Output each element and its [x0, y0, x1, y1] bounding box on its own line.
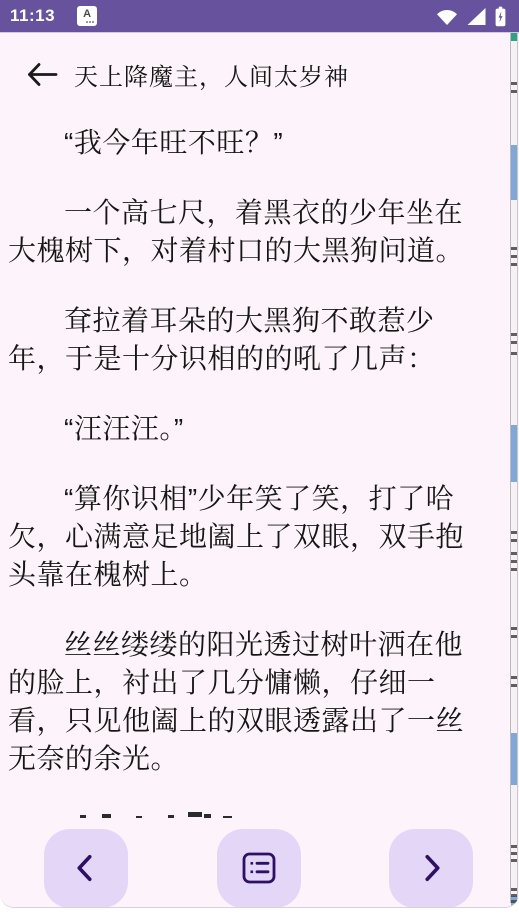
status-bar: 11:13 A — [0, 0, 519, 32]
paragraph: 丝丝缕缕的阳光透过树叶洒在他的脸上，衬出了几分慵懒，仔细一看，只见他阖上的双眼透… — [8, 626, 491, 778]
scrollbar-tick — [511, 531, 517, 534]
paragraph: “汪汪汪。” — [8, 410, 491, 448]
previous-chapter-button[interactable] — [44, 829, 128, 908]
paragraph: “我今年旺不旺？” — [8, 124, 491, 162]
chevron-right-icon — [413, 848, 449, 888]
scrollbar-tick — [511, 333, 517, 336]
scrollbar-track[interactable] — [510, 33, 518, 903]
screen-bottom-margin — [0, 908, 519, 922]
scrollbar-tick — [511, 90, 517, 93]
app-screen: 11:13 A 天上降魔主，人间太岁神 “我今年旺不旺？”一个高七 — [0, 0, 519, 908]
status-icons — [435, 6, 509, 27]
scrollbar-tick — [511, 539, 517, 542]
paragraph: 一个高七尺，着黑衣的少年坐在大槐树下，对着村口的大黑狗问道。 — [8, 194, 491, 270]
scrollbar-top-mark — [511, 33, 517, 41]
scrollbar-tick — [511, 352, 517, 355]
reader-header: 天上降魔主，人间太岁神 — [0, 32, 519, 116]
scrollbar-tick — [511, 568, 517, 571]
scrollbar-thumb[interactable] — [511, 733, 517, 785]
scrollbar-tick — [511, 82, 517, 85]
status-time: 11:13 — [10, 6, 55, 26]
scrollbar-tick — [511, 247, 517, 250]
scrollbar-tick — [511, 627, 517, 630]
next-chapter-button[interactable] — [389, 829, 473, 908]
cellular-signal-icon — [466, 7, 487, 26]
scrollbar-thumb[interactable] — [511, 145, 517, 200]
scrollbar-tick — [511, 552, 517, 555]
clipped-text-line — [0, 812, 519, 822]
back-button[interactable] — [26, 61, 58, 88]
scrollbar-thumb[interactable] — [511, 425, 517, 482]
paragraph: 耷拉着耳朵的大黑狗不敢惹少年，于是十分识相的的吼了几声： — [8, 302, 491, 378]
paragraph: “算你识相”少年笑了笑，打了哈欠，心满意足地阖上了双眼，双手抱头靠在槐树上。 — [8, 480, 491, 594]
chevron-left-icon — [68, 848, 104, 888]
scrollbar-tick — [511, 341, 517, 344]
chapter-title: 天上降魔主，人间太岁神 — [74, 57, 349, 92]
ime-dots — [86, 21, 94, 23]
scrollbar-tick — [511, 684, 517, 687]
scrollbar-tick — [511, 255, 517, 258]
battery-charging-icon — [494, 6, 507, 27]
ime-keyboard-icon: A — [77, 6, 97, 26]
scrollbar-tick — [511, 263, 517, 266]
reader-text: “我今年旺不旺？”一个高七尺，着黑衣的少年坐在大槐树下，对着村口的大黑狗问道。耷… — [0, 116, 519, 822]
scrollbar-tick — [511, 676, 517, 679]
table-of-contents-button[interactable] — [217, 829, 301, 908]
list-icon — [240, 850, 278, 886]
wifi-icon — [435, 7, 459, 26]
scrollbar-tick — [511, 560, 517, 563]
bottom-nav — [0, 828, 519, 908]
ime-letter: A — [83, 9, 91, 19]
scrollbar-tick — [511, 635, 517, 638]
